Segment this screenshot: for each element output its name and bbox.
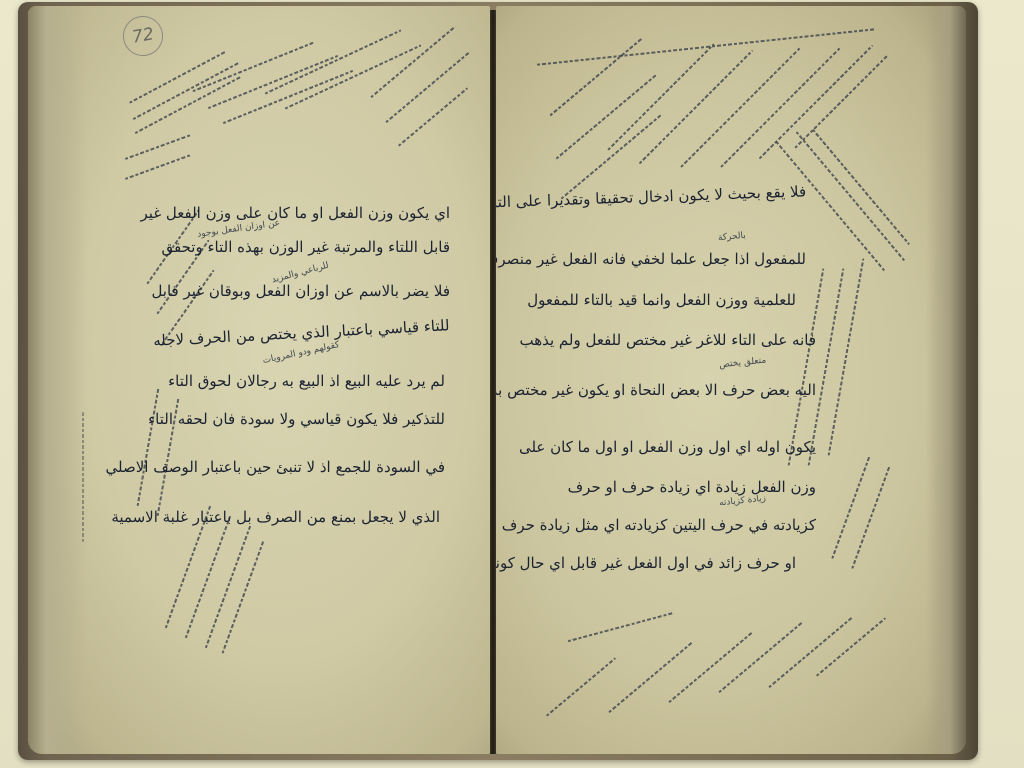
marginal-note-line	[668, 631, 754, 703]
marginal-note-line	[768, 616, 854, 688]
interlinear-note: متعلق يختص	[718, 356, 766, 371]
marginal-note-line	[135, 76, 242, 134]
interlinear-note: كقولهم ودو المرويات	[262, 340, 341, 366]
main-text-line: للمفعول اذا جعل علما لخفي فانه الفعل غير…	[496, 250, 806, 268]
main-text-line: للتاء قياسي باعتبار الذي يختص من الحرف ل…	[153, 316, 450, 349]
main-text-line: قابل اللتاء والمرتبة غير الوزن بهذه التا…	[162, 238, 450, 256]
marginal-note-line	[608, 641, 694, 713]
marginal-note-line	[828, 258, 865, 455]
marginal-note-line	[546, 657, 616, 716]
main-text-line: اي يكون وزن الفعل او ما كان على وزن الفع…	[141, 204, 450, 222]
interlinear-note: بالحركة	[718, 231, 747, 243]
folio-number: 72	[120, 13, 166, 59]
marginal-note-line	[794, 55, 887, 148]
marginal-note-line	[808, 268, 845, 465]
marginal-note-line	[192, 42, 313, 93]
main-text-line: وزن الفعل زيادة اي زيادة حرف او حرف	[568, 478, 816, 496]
marginal-note-line	[639, 50, 754, 165]
marginal-note-line	[607, 43, 714, 150]
main-text-line: للعلمية ووزن الفعل وانما قيد بالتاء للمف…	[527, 291, 796, 309]
marginal-note-line	[285, 44, 422, 109]
page-edge-right	[926, 6, 966, 754]
page-edge-left	[28, 6, 88, 754]
marginal-note-line	[125, 134, 191, 160]
marginal-note-line	[812, 129, 910, 245]
marginal-note-line	[125, 154, 191, 180]
left-page: 72 اي يكون وزن الفعل او ما كان على وزن ا…	[28, 6, 490, 754]
main-text-line: كزيادته في حرف اليتين كزيادته اي مثل زيا…	[502, 516, 816, 534]
main-text-line: فانه على التاء للاغر غير مختص للفعل ولم …	[519, 331, 816, 349]
main-text-line: لم يرد عليه البيع اذ البيع به رجالان لحو…	[168, 372, 445, 390]
main-text-line: في السودة للجمع اذ لا تنبئ حين باعتبار ا…	[106, 458, 445, 476]
marginal-note-line	[568, 612, 675, 642]
marginal-note-line	[223, 70, 354, 124]
marginal-note-line	[831, 455, 871, 559]
marginal-note-line	[549, 38, 642, 117]
marginal-note-line	[537, 28, 875, 66]
main-text-line: فلا يضر بالاسم عن اوزان الفعل وبوقان غير…	[151, 282, 450, 300]
marginal-note-line	[851, 465, 891, 569]
main-text-line: الذي لا يجعل بمنع من الصرف بل باعتبار غل…	[111, 508, 440, 526]
main-text-line: او حرف زائد في اول الفعل غير قابل اي حال…	[496, 554, 796, 572]
marginal-note-line	[82, 412, 84, 542]
main-text-line: يكون اوله اي اول وزن الفعل او اول ما كان…	[519, 438, 816, 456]
marginal-note-line	[222, 540, 265, 653]
main-text-line: فلا يقع بحيث لا يكون ادخال تحقيقا وتقدير…	[496, 182, 806, 211]
marginal-note-line	[185, 516, 231, 639]
main-text-line: اليه بعض حرف الا بعض النحاة او يكون غير …	[496, 381, 816, 399]
marginal-note-line	[816, 617, 886, 676]
marginal-note-line	[398, 87, 468, 146]
marginal-note-line	[718, 621, 804, 693]
marginal-note-line	[796, 131, 907, 263]
marginal-note-line	[137, 388, 160, 507]
right-page: فلا يقع بحيث لا يكون ادخال تحقيقا وتقدير…	[496, 6, 966, 754]
marginal-note-line	[385, 51, 471, 123]
main-text-line: للتذكير فلا يكون قياسي ولا سودة فان لحقه…	[148, 410, 445, 428]
